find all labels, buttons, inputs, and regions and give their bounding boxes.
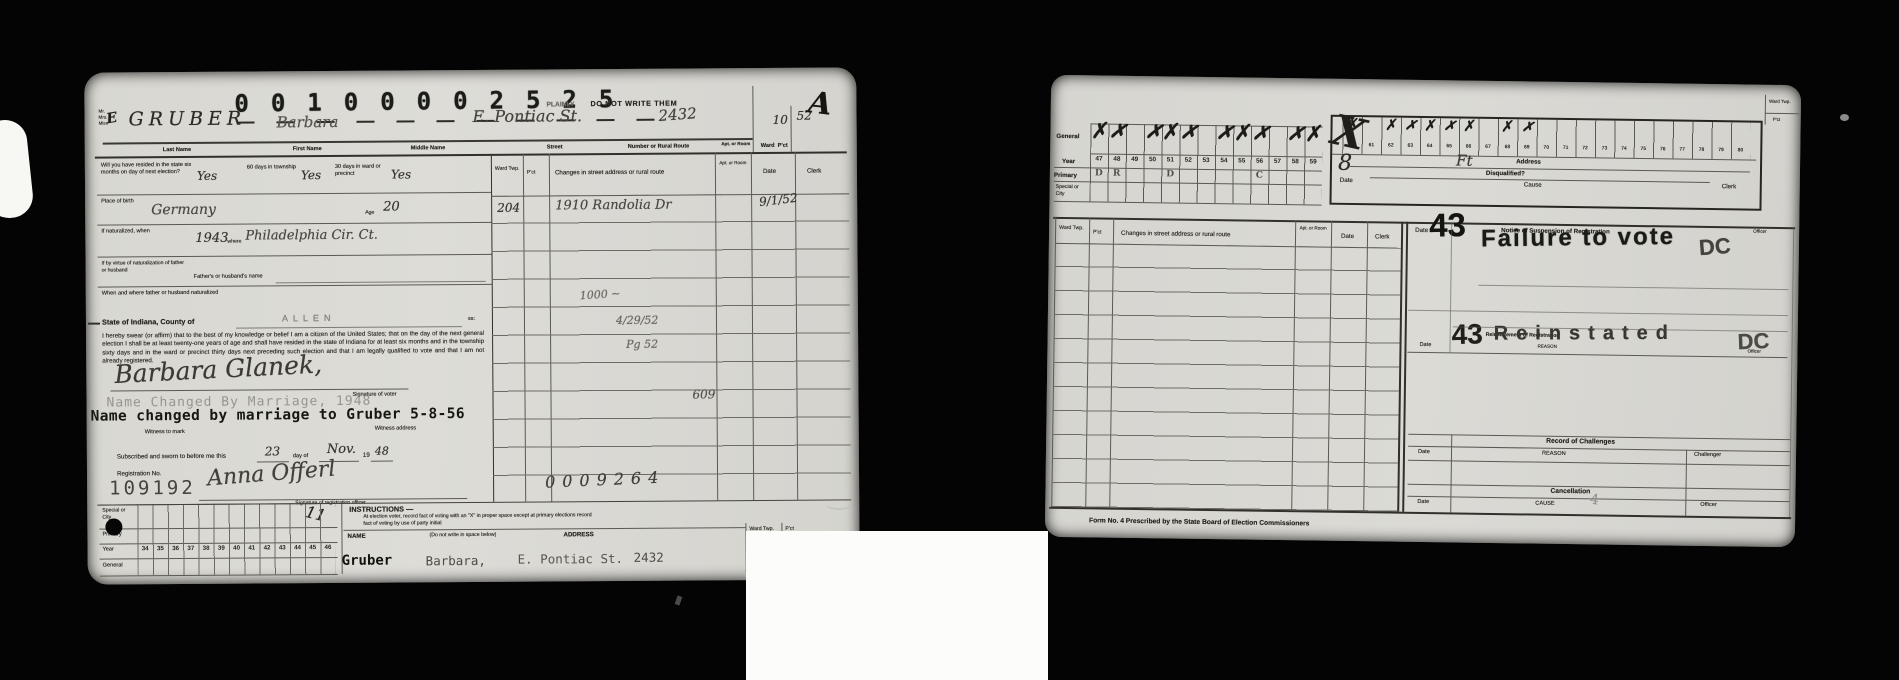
year-cell: 56 [1251, 158, 1269, 170]
tbl-apt-label: Apt. or Room [718, 160, 748, 166]
r-changes-label: Changes in street address or rural route [1121, 230, 1230, 239]
primary-mark-cell [1304, 171, 1322, 184]
prefix-mr: Mr. [98, 109, 104, 114]
g2-cause-label: Cause [1524, 181, 1542, 188]
primary-mark-cell: R [1108, 169, 1126, 182]
film-blob-left [0, 118, 35, 220]
susp-stamp-dc: DC [1698, 233, 1732, 261]
reinst-date-label: Date [1419, 342, 1431, 349]
overstamp-a: A [807, 86, 834, 123]
ss-label: ss: [468, 316, 475, 322]
q3-answer: Yes [391, 168, 411, 182]
corner-vline [1765, 95, 1766, 125]
house-number-value: 2432 [658, 105, 697, 125]
year-cell: 53 [1197, 157, 1215, 169]
corner-ward-label: Ward Twp. [1769, 99, 1797, 105]
canc-date-label: Date [1417, 499, 1429, 506]
sworn-line3 [371, 461, 393, 462]
county-label: State of Indiana, County of [102, 318, 194, 327]
canc-officer-label: Officer [1700, 502, 1716, 509]
g2-columns [1342, 117, 1750, 160]
naturalized-year: 1943 [195, 232, 228, 247]
tbl-scrawl1: 1000 ~ [579, 288, 620, 303]
first-name-value: Barbara [277, 114, 339, 132]
margin-number: 609 [692, 388, 715, 402]
cancellation-title: Cancellation [1550, 488, 1590, 496]
susp-stamp-43: 43 [1429, 206, 1467, 245]
susp-officer-label: Officer [1753, 229, 1767, 234]
tbl-pct-label: P'ct [527, 171, 536, 177]
year-cell: 49 [1126, 156, 1144, 168]
g2-clerk-label: Clerk [1722, 183, 1737, 190]
last-name-value: GRUBER [128, 109, 246, 132]
year-cell: 59 [1304, 158, 1322, 170]
virtue-label: If by virtue of naturalization of father… [102, 260, 186, 274]
r-apt-label: Apt. or Room [1299, 225, 1327, 231]
corner-pct-label: P'ct [1773, 117, 1781, 122]
susp-rule2 [1408, 310, 1788, 316]
r-clerk-label: Clerk [1375, 233, 1390, 240]
father-underline [276, 281, 486, 283]
instructions-line2: fact of voting by use of party initial [363, 521, 441, 528]
county-stamp: ALLEN [282, 313, 336, 324]
q-rule1 [97, 192, 491, 196]
primary-mark-cell [1215, 170, 1233, 183]
street-value: E. Pontiac St. [472, 107, 582, 126]
father-name-label: Father's or husband's name [194, 273, 263, 280]
typed-number: 2432 [634, 551, 664, 566]
g1-general-label: General [1056, 133, 1079, 140]
typed-street: E. Pontiac St. [518, 552, 623, 567]
primary-mark-cell: D [1090, 168, 1108, 181]
primary-mark-cell [1179, 170, 1197, 183]
naturalized-where: Philadelphia Cir. Ct. [245, 229, 378, 245]
year-cell: 47 [1090, 155, 1108, 167]
q1-label: Will you have resided in the state six m… [101, 162, 193, 177]
sworn-prefix: Subscribed and sworn to before me this [117, 453, 226, 461]
bottom-address-header: ADDRESS [563, 531, 593, 538]
label-middle-name: Middle Name [411, 145, 446, 152]
when-where-label: When and where father or husband natural… [102, 290, 222, 298]
year-cell: 55 [1233, 157, 1251, 169]
challenges-title: Record of Challenges [1546, 438, 1615, 447]
q3-label: 30 days in ward or precinct [335, 164, 393, 178]
year-cell: 58 [1286, 158, 1304, 170]
chal-vline2 [1685, 450, 1687, 516]
g1-primary-label: Primary [1054, 172, 1077, 179]
chal-vline1 [1450, 434, 1452, 512]
bottom-name-header: NAME [347, 533, 365, 540]
birth-label: Place of birth [101, 198, 139, 205]
canc-rule-top [1408, 484, 1790, 490]
chal-reason-label: REASON [1542, 451, 1566, 458]
chal-date-label: Date [1418, 449, 1430, 456]
punch-hole [105, 518, 122, 535]
primary-mark-cell [1268, 171, 1286, 184]
g2-address-label: Address [1516, 158, 1541, 165]
label-wardpct: Ward P'ct [761, 143, 788, 150]
year-cell: 51 [1161, 156, 1179, 168]
susp-stamp-text: Failure to vote [1481, 223, 1675, 253]
g2-scrawl-f: Ft [1456, 152, 1473, 169]
chal-rule2 [1408, 446, 1790, 452]
age-value: 20 [383, 201, 400, 216]
label-first-name: First Name [293, 146, 322, 153]
primary-mark-cell: C [1250, 171, 1268, 184]
q2-label: 60 days in township [247, 164, 299, 171]
primary-mark-cell [1233, 170, 1251, 183]
grid-year-label: Year [103, 547, 114, 554]
age-label: Age [365, 211, 374, 217]
registration-card: 00100002525 PLAINLY DO NOT WRITE THEM Mr… [84, 67, 860, 584]
dust-speck-1 [1840, 114, 1849, 121]
g2-date-label: Date [1340, 177, 1353, 184]
sworn-month: Nov. [327, 443, 356, 458]
reinst-officer-label: Officer [1747, 349, 1761, 354]
reinst-stamp-text: Reinstated [1494, 322, 1676, 346]
g1-year-label: Year [1062, 158, 1075, 165]
birth-value: Germany [151, 202, 216, 219]
primary-mark-cell: D [1161, 169, 1179, 182]
vline-apt [752, 86, 753, 152]
year-cell: 48 [1108, 156, 1126, 168]
label-apt: Apt. or Room [721, 141, 751, 147]
voting-record-card: General Year Primary Special or City ✗✗✗… [1045, 75, 1801, 547]
ward-value: 10 [773, 114, 788, 128]
year-cell: 54 [1215, 157, 1233, 169]
tbl-scrawl3: Pg 52 [626, 339, 658, 352]
primary-mark-cell [1286, 171, 1304, 184]
susp-date-label: Date [1415, 227, 1428, 234]
naturalized-where-label: where [227, 240, 241, 246]
susp-rule1 [1478, 285, 1788, 290]
year-cell: 52 [1179, 157, 1197, 169]
county-underline [236, 326, 462, 328]
tbl-clerk-label: Clerk [807, 168, 822, 175]
r-rows [1051, 243, 1401, 512]
typed-last: Gruber [342, 553, 393, 569]
g1-special-label: Special or City [1056, 184, 1082, 197]
prefix-scrawl: E [105, 110, 118, 128]
reinst-reason-label: REASON [1537, 344, 1556, 350]
instr-rule [343, 527, 745, 531]
reinst-rule2 [1407, 352, 1787, 358]
film-white-rect [746, 531, 1048, 680]
r-ward-label: Ward Twp. [1059, 225, 1085, 232]
dust-speck-2 [675, 595, 683, 605]
year-cell: 50 [1143, 156, 1161, 168]
primary-mark-cell [1143, 169, 1161, 182]
header-rule [95, 151, 847, 158]
r-date-label: Date [1341, 233, 1354, 240]
bottom-center-header: (Do not write in space below) [429, 533, 496, 539]
q2-answer: Yes [301, 169, 321, 183]
sworn-day: 23 [265, 445, 280, 459]
sworn-year-print: 19 [363, 452, 370, 459]
naturalized-label: If naturalized, when [101, 228, 171, 235]
grid-columns [137, 503, 335, 575]
r-double-vline2 [1402, 222, 1408, 512]
microfilm-scan: 00100002525 PLAINLY DO NOT WRITE THEM Mr… [0, 0, 1899, 680]
tbl-date-label: Date [763, 168, 776, 175]
registration-number: 109192 [109, 478, 196, 500]
vote-mark-cell: ✗ [1303, 122, 1324, 158]
canc-cause-label: CAUSE [1535, 501, 1554, 508]
row1-ward: 204 [497, 202, 520, 216]
vline-ward [790, 106, 791, 152]
q-rule3 [98, 254, 492, 258]
q-rule4 [98, 284, 492, 288]
r-right-vline [1789, 227, 1794, 517]
name-change-typed: Name changed by marriage to Gruber 5-8-5… [91, 406, 465, 425]
year-cell: 57 [1268, 158, 1286, 170]
r-pct-label: P'ct [1093, 230, 1102, 236]
dust-wisp [826, 498, 852, 510]
q-rule2 [97, 222, 491, 226]
officer-signature: Anna Offerl [206, 457, 336, 492]
label-number: Number or Rural Route [628, 143, 690, 150]
g2-scrawl-8: 8 [1338, 151, 1352, 176]
r-bottom-rule [1049, 507, 1791, 519]
chal-challenger-label: Challenger [1694, 452, 1721, 459]
tbl-changes-label: Changes in street address or rural route [555, 169, 664, 177]
chal-rule3 [1408, 460, 1790, 466]
label-street: Street [547, 144, 563, 151]
witness-mark-label: Witness to mark [145, 429, 185, 436]
tbl-rows [491, 193, 851, 501]
q1-answer: Yes [197, 170, 217, 184]
sworn-year: 48 [375, 446, 389, 459]
primary-mark-cell [1125, 169, 1143, 182]
tbl-ward-label: Ward Twp. [495, 166, 521, 173]
margin-dash [88, 323, 100, 325]
tbl-scrawl2: 4/29/52 [616, 315, 658, 328]
corner-rule [1765, 113, 1799, 114]
g1-general-marks: ✗✗✗✗✗✗✗✗✗✗ [1090, 119, 1322, 156]
label-last-name: Last Name [163, 147, 191, 154]
primary-mark-cell [1197, 170, 1215, 183]
form-footer: Form No. 4 Prescribed by the State Board… [1089, 517, 1309, 528]
witness-address-label: Witness address [375, 425, 416, 432]
typed-first: Barbara, [426, 554, 486, 569]
grid-general-label: General [103, 562, 123, 569]
g2-disqualified-label: Disqualified? [1486, 170, 1525, 178]
row1-change: 1910 Randolia Dr [555, 199, 672, 215]
reinst-stamp-43: 43 [1451, 318, 1483, 351]
